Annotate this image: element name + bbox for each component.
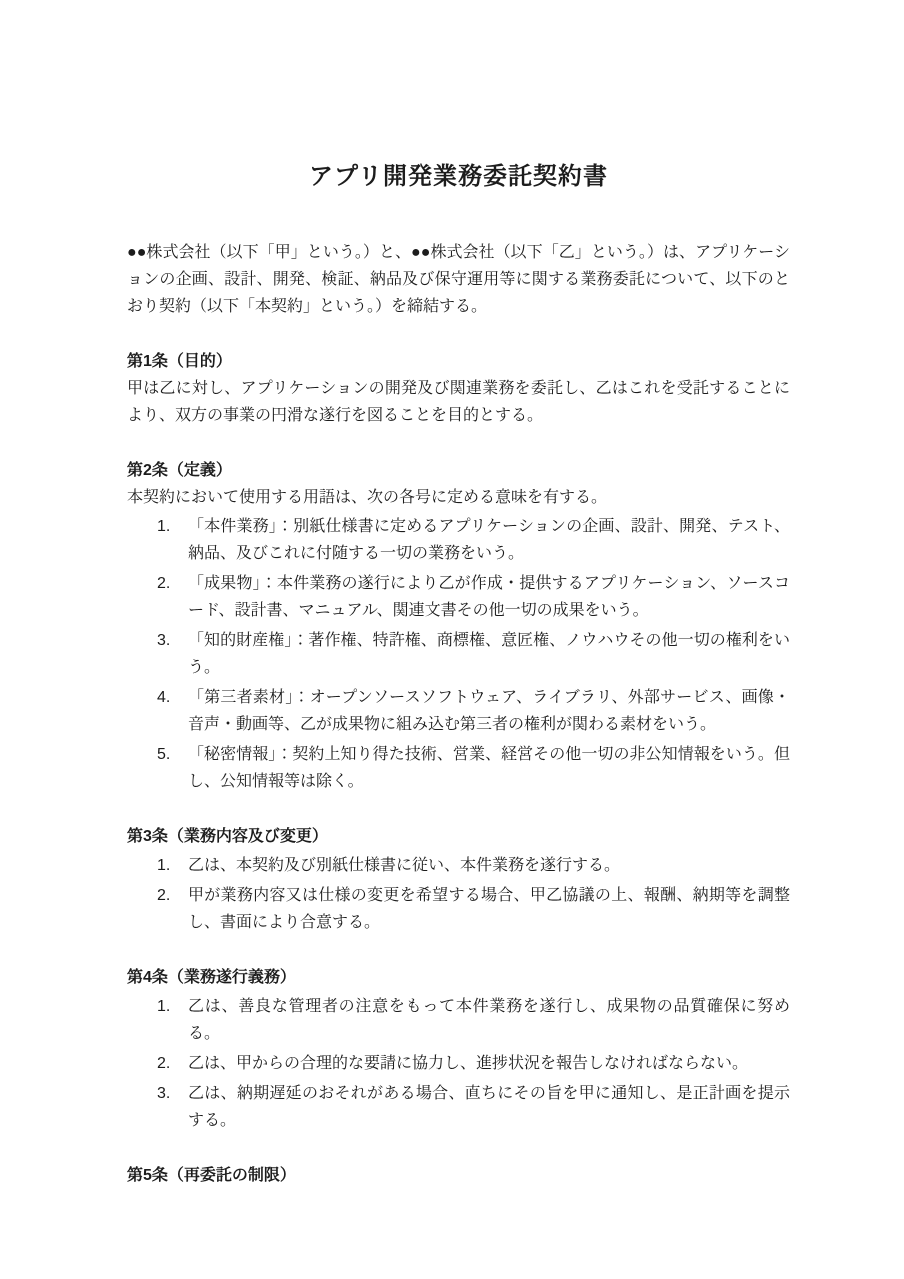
article-1-heading: 第1条（目的） bbox=[127, 348, 790, 375]
list-item-number: 1. bbox=[157, 993, 170, 1020]
article-2-item-list: 1. 「本件業務」：別紙仕様書に定めるアプリケーションの企画、設計、開発、テスト… bbox=[127, 513, 790, 795]
list-item: 2. 乙は、甲からの合理的な要請に協力し、進捗状況を報告しなければならない。 bbox=[127, 1050, 790, 1077]
list-item: 1. 「本件業務」：別紙仕様書に定めるアプリケーションの企画、設計、開発、テスト… bbox=[127, 513, 790, 567]
list-item-number: 1. bbox=[157, 852, 170, 879]
article-4-item-list: 1. 乙は、善良な管理者の注意をもって本件業務を遂行し、成果物の品質確保に努める… bbox=[127, 993, 790, 1134]
article-2-body: 本契約において使用する用語は、次の各号に定める意味を有する。 bbox=[127, 484, 790, 511]
list-item-text: 「成果物」：本件業務の遂行により乙が作成・提供するアプリケーション、ソースコード… bbox=[188, 575, 790, 619]
list-item-number: 3. bbox=[157, 1080, 170, 1107]
document-title: アプリ開発業務委託契約書 bbox=[127, 160, 790, 193]
list-item-number: 2. bbox=[157, 1050, 170, 1077]
contract-document-page: アプリ開発業務委託契約書 ●●株式会社（以下「甲」という。）と、●●株式会社（以… bbox=[0, 0, 904, 1279]
list-item-text: 「第三者素材」：オープンソースソフトウェア、ライブラリ、外部サービス、画像・音声… bbox=[188, 689, 790, 733]
list-item-number: 3. bbox=[157, 627, 170, 654]
list-item: 4. 「第三者素材」：オープンソースソフトウェア、ライブラリ、外部サービス、画像… bbox=[127, 684, 790, 738]
list-item-text: 乙は、納期遅延のおそれがある場合、直ちにその旨を甲に通知し、是正計画を提示する。 bbox=[188, 1085, 790, 1129]
article-5-heading: 第5条（再委託の制限） bbox=[127, 1162, 790, 1189]
list-item-text: 乙は、善良な管理者の注意をもって本件業務を遂行し、成果物の品質確保に努める。 bbox=[188, 998, 790, 1042]
article-3-item-list: 1. 乙は、本契約及び別紙仕様書に従い、本件業務を遂行する。 2. 甲が業務内容… bbox=[127, 852, 790, 936]
list-item-text: 乙は、甲からの合理的な要請に協力し、進捗状況を報告しなければならない。 bbox=[188, 1055, 748, 1072]
list-item-text: 甲が業務内容又は仕様の変更を希望する場合、甲乙協議の上、報酬、納期等を調整し、書… bbox=[188, 887, 790, 931]
list-item: 2. 「成果物」：本件業務の遂行により乙が作成・提供するアプリケーション、ソース… bbox=[127, 570, 790, 624]
article-5-subcontracting-limit: 第5条（再委託の制限） bbox=[127, 1162, 790, 1189]
list-item-number: 4. bbox=[157, 684, 170, 711]
list-item-text: 「知的財産権」：著作権、特許権、商標権、意匠権、ノウハウその他一切の権利をいう。 bbox=[188, 632, 790, 676]
article-2-heading: 第2条（定義） bbox=[127, 457, 790, 484]
list-item-number: 1. bbox=[157, 513, 170, 540]
contract-preamble: ●●株式会社（以下「甲」という。）と、●●株式会社（以下「乙」という。）は、アプ… bbox=[127, 239, 790, 320]
article-3-scope-and-changes: 第3条（業務内容及び変更） 1. 乙は、本契約及び別紙仕様書に従い、本件業務を遂… bbox=[127, 823, 790, 936]
article-1-purpose: 第1条（目的） 甲は乙に対し、アプリケーションの開発及び関連業務を委託し、乙はこ… bbox=[127, 348, 790, 429]
list-item-number: 2. bbox=[157, 570, 170, 597]
list-item: 1. 乙は、本契約及び別紙仕様書に従い、本件業務を遂行する。 bbox=[127, 852, 790, 879]
list-item-text: 「本件業務」：別紙仕様書に定めるアプリケーションの企画、設計、開発、テスト、納品… bbox=[188, 518, 790, 562]
list-item-text: 「秘密情報」：契約上知り得た技術、営業、経営その他一切の非公知情報をいう。但し、… bbox=[188, 746, 790, 790]
list-item-text: 乙は、本契約及び別紙仕様書に従い、本件業務を遂行する。 bbox=[188, 857, 620, 874]
list-item: 2. 甲が業務内容又は仕様の変更を希望する場合、甲乙協議の上、報酬、納期等を調整… bbox=[127, 882, 790, 936]
list-item: 5. 「秘密情報」：契約上知り得た技術、営業、経営その他一切の非公知情報をいう。… bbox=[127, 741, 790, 795]
list-item: 1. 乙は、善良な管理者の注意をもって本件業務を遂行し、成果物の品質確保に努める… bbox=[127, 993, 790, 1047]
article-2-definitions: 第2条（定義） 本契約において使用する用語は、次の各号に定める意味を有する。 1… bbox=[127, 457, 790, 795]
article-1-body: 甲は乙に対し、アプリケーションの開発及び関連業務を委託し、乙はこれを受託すること… bbox=[127, 375, 790, 429]
list-item: 3. 乙は、納期遅延のおそれがある場合、直ちにその旨を甲に通知し、是正計画を提示… bbox=[127, 1080, 790, 1134]
article-3-heading: 第3条（業務内容及び変更） bbox=[127, 823, 790, 850]
list-item-number: 2. bbox=[157, 882, 170, 909]
list-item: 3. 「知的財産権」：著作権、特許権、商標権、意匠権、ノウハウその他一切の権利を… bbox=[127, 627, 790, 681]
list-item-number: 5. bbox=[157, 741, 170, 768]
article-4-heading: 第4条（業務遂行義務） bbox=[127, 964, 790, 991]
article-4-performance-duty: 第4条（業務遂行義務） 1. 乙は、善良な管理者の注意をもって本件業務を遂行し、… bbox=[127, 964, 790, 1134]
